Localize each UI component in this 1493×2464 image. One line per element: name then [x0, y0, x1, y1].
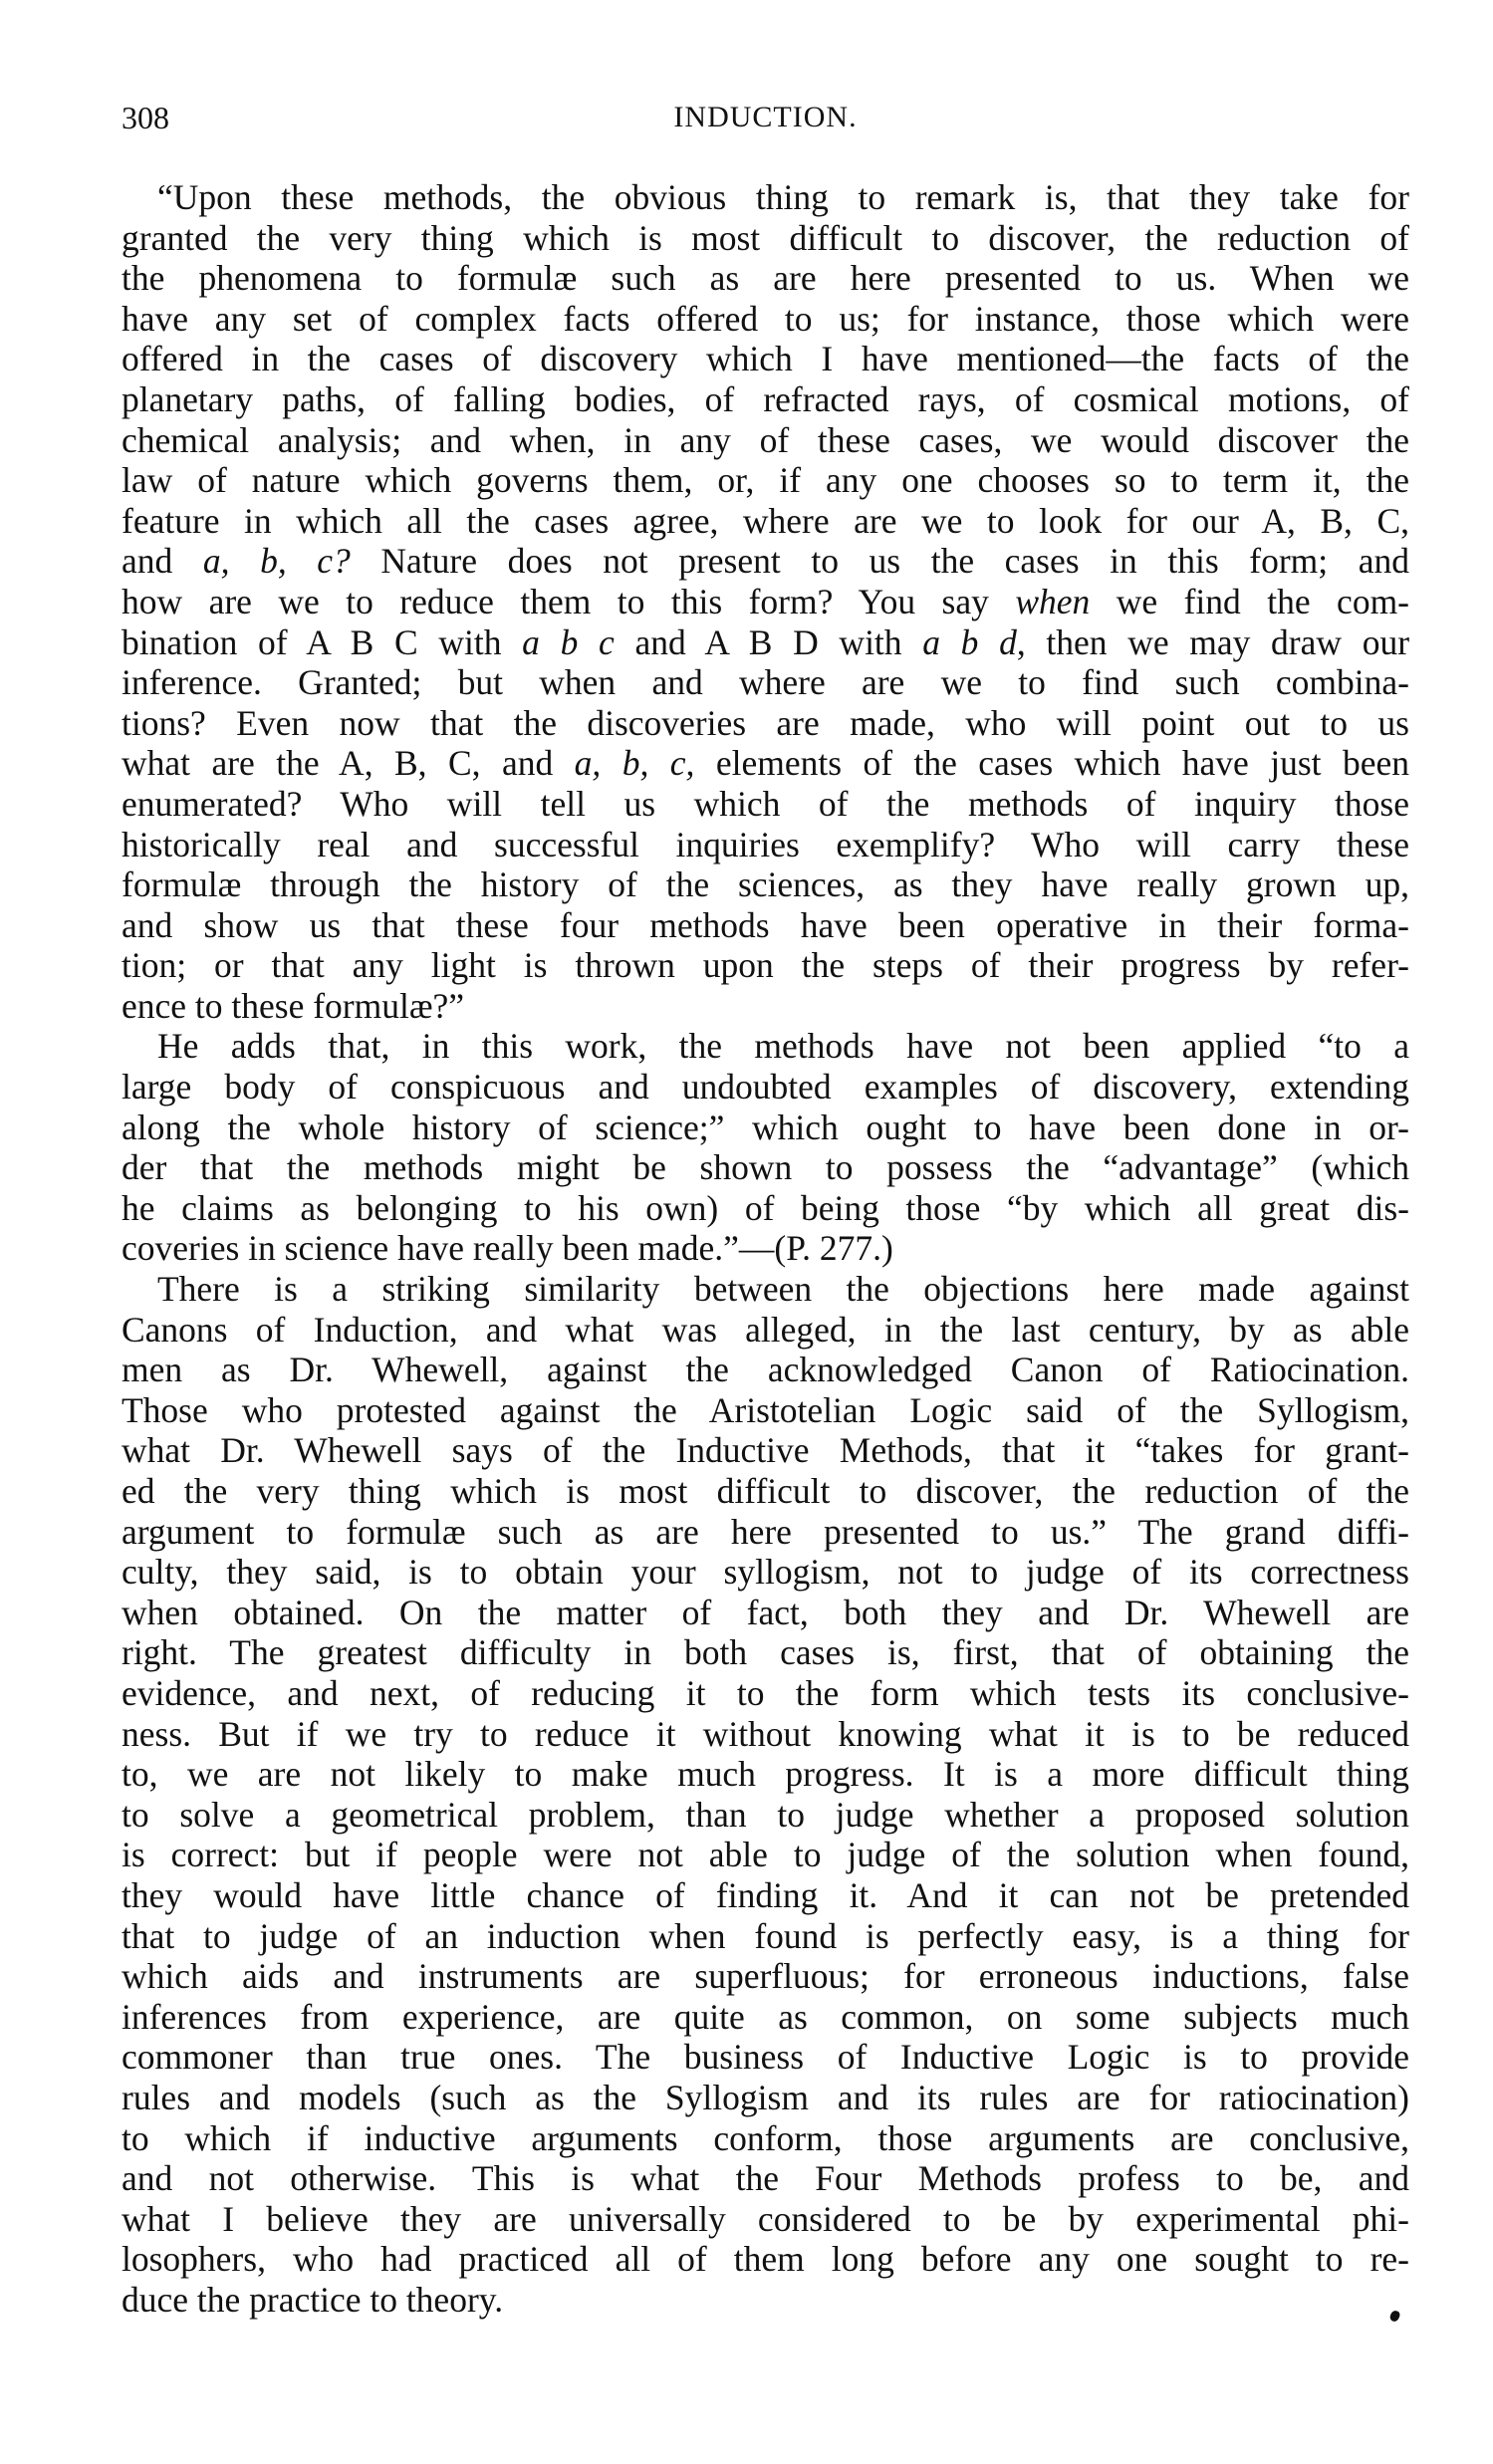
text-line: chemical analysis; and when, in any of t… [122, 420, 1409, 461]
body-text: “Upon these methods, the obvious thing t… [122, 177, 1409, 2320]
text-line: and not otherwise. This is what the Four… [122, 2158, 1409, 2199]
text-line: ness. But if we try to reduce it without… [122, 1714, 1409, 1755]
text-line: to which if inductive arguments conform,… [122, 2118, 1409, 2159]
text-line: losophers, who had practiced all of them… [122, 2239, 1409, 2280]
text-line: right. The greatest difficulty in both c… [122, 1632, 1409, 1673]
text-line: is correct: but if people were not able … [122, 1835, 1409, 1875]
text-line: granted the very thing which is most dif… [122, 218, 1409, 259]
text-line: Those who protested against the Aristote… [122, 1390, 1409, 1431]
text-line: enumerated? Who will tell us which of th… [122, 784, 1409, 825]
text-line: have any set of complex facts offered to… [122, 299, 1409, 340]
text-line: and show us that these four methods have… [122, 905, 1409, 946]
text-line: tion; or that any light is thrown upon t… [122, 945, 1409, 986]
text-line: tions? Even now that the discoveries are… [122, 703, 1409, 744]
text-line: ence to these formulæ?” [122, 986, 1409, 1027]
text-line: commoner than true ones. The business of… [122, 2037, 1409, 2078]
text-line: large body of conspicuous and undoubted … [122, 1067, 1409, 1108]
text-line: what are the A, B, C, and a, b, c, eleme… [122, 743, 1409, 784]
text-line: evidence, and next, of reducing it to th… [122, 1673, 1409, 1714]
text-line: duce the practice to theory. [122, 2280, 1409, 2321]
text-line: law of nature which governs them, or, if… [122, 460, 1409, 501]
book-page: 308 INDUCTION. “Upon these methods, the … [0, 0, 1493, 2464]
text-line: der that the methods might be shown to p… [122, 1147, 1409, 1188]
text-line: which aids and instruments are superfluo… [122, 1956, 1409, 1997]
text-line: he claims as belonging to his own) of be… [122, 1188, 1409, 1229]
text-line: culty, they said, is to obtain your syll… [122, 1552, 1409, 1593]
paragraph-first-line: “Upon these methods, the obvious thing t… [122, 177, 1409, 218]
text-line: to, we are not likely to make much progr… [122, 1754, 1409, 1795]
text-line: rules and models (such as the Syllogism … [122, 2078, 1409, 2118]
text-line: bination of A B C with a b c and A B D w… [122, 622, 1409, 663]
text-line: they would have little chance of finding… [122, 1875, 1409, 1916]
text-line: coveries in science have really been mad… [122, 1228, 1409, 1269]
text-line: when obtained. On the matter of fact, bo… [122, 1593, 1409, 1633]
running-head: 308 INDUCTION. [122, 98, 1409, 137]
text-line: planetary paths, of falling bodies, of r… [122, 379, 1409, 420]
text-line: what I believe they are universally cons… [122, 2199, 1409, 2240]
text-line: feature in which all the cases agree, wh… [122, 501, 1409, 542]
paragraph-first-line: There is a striking similarity between t… [122, 1269, 1409, 1310]
text-line: argument to formulæ such as are here pre… [122, 1512, 1409, 1553]
paragraph-first-line: He adds that, in this work, the methods … [122, 1026, 1409, 1067]
text-line: that to judge of an induction when found… [122, 1916, 1409, 1957]
running-title: INDUCTION. [122, 98, 1409, 137]
text-line: inference. Granted; but when and where a… [122, 662, 1409, 703]
text-line: and a, b, c? Nature does not present to … [122, 541, 1409, 582]
text-line: to solve a geometrical problem, than to … [122, 1795, 1409, 1836]
text-line: inferences from experience, are quite as… [122, 1997, 1409, 2038]
text-line: formulæ through the history of the scien… [122, 864, 1409, 905]
text-line: how are we to reduce them to this form? … [122, 582, 1409, 622]
text-line: what Dr. Whewell says of the Inductive M… [122, 1430, 1409, 1471]
text-line: offered in the cases of discovery which … [122, 339, 1409, 379]
text-line: the phenomena to formulæ such as are her… [122, 258, 1409, 299]
text-line: along the whole history of science;” whi… [122, 1108, 1409, 1148]
text-line: Canons of Induction, and what was allege… [122, 1310, 1409, 1351]
text-line: men as Dr. Whewell, against the acknowle… [122, 1350, 1409, 1390]
text-line: ed the very thing which is most difficul… [122, 1471, 1409, 1512]
text-line: historically real and successful inquiri… [122, 825, 1409, 865]
